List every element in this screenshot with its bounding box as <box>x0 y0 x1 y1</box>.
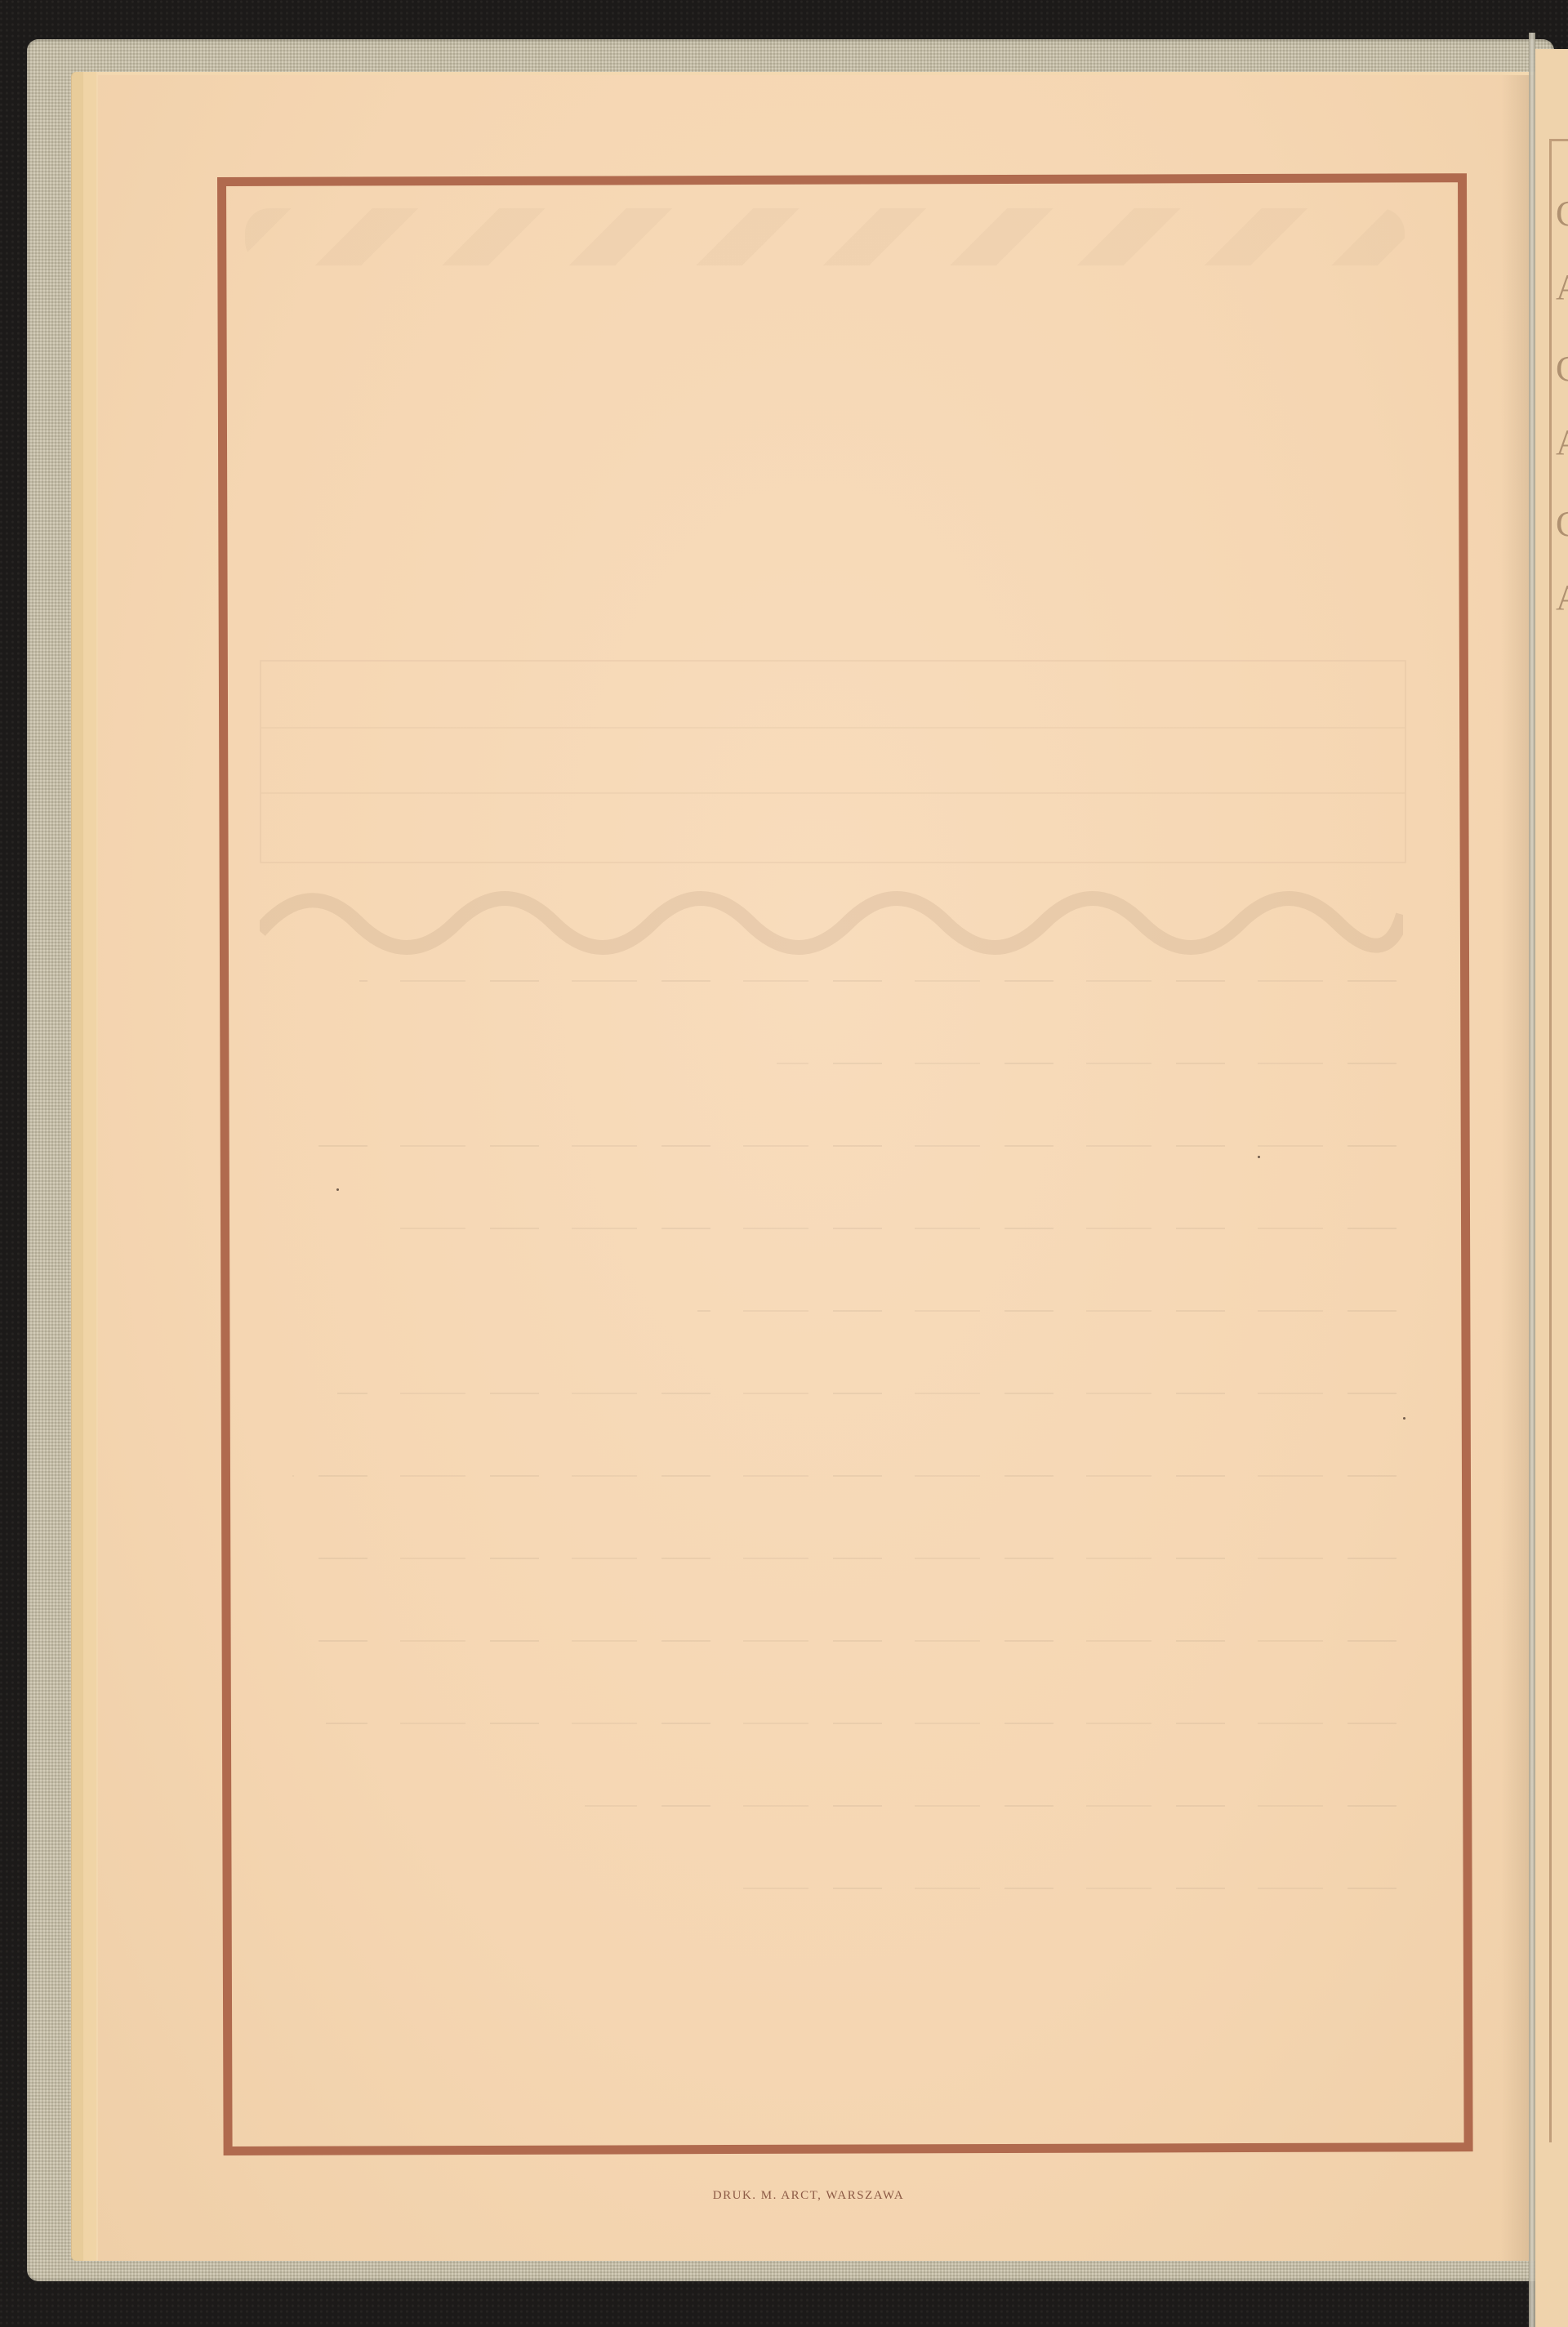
paper-speck <box>336 1188 339 1191</box>
book-spine <box>1529 33 1535 2327</box>
facing-ornament: A <box>1556 270 1568 305</box>
decorative-frame <box>217 173 1473 2155</box>
facing-ornament: A <box>1556 425 1568 461</box>
facing-ornament: A <box>1556 580 1568 616</box>
facing-ornament: C <box>1556 351 1568 387</box>
paper-speck <box>1258 1156 1260 1158</box>
printer-imprint: DRUK. M. ARCT, WARSZAWA <box>0 2189 1568 2203</box>
paper-speck <box>1403 1417 1405 1420</box>
facing-ornament: C <box>1556 506 1568 542</box>
facing-ornament: C <box>1556 196 1568 232</box>
